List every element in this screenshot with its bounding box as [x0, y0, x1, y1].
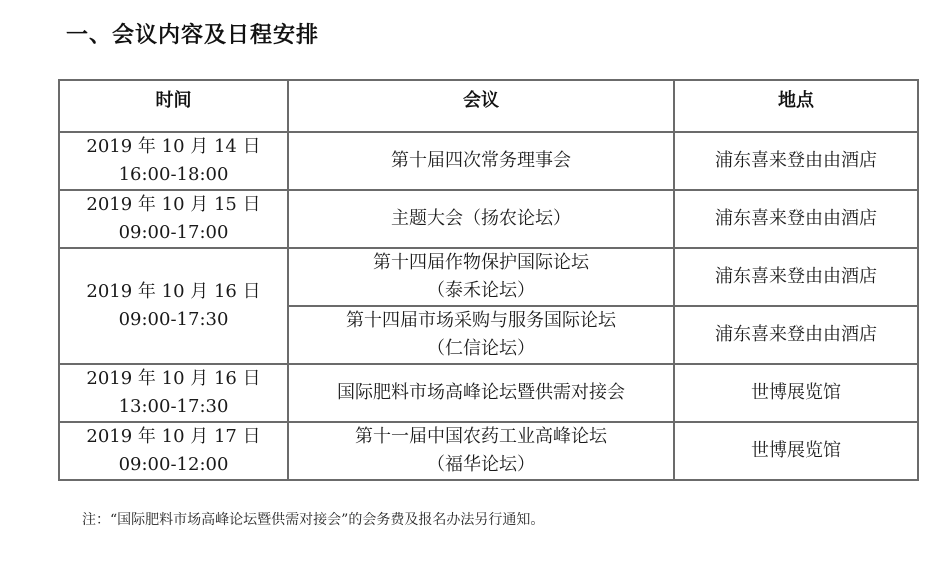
table-row: 2019 年 10 月 14 日 16:00-18:00 第十届四次常务理事会 …	[59, 132, 918, 190]
venue-cell: 浦东喜来登由由酒店	[674, 248, 918, 306]
venue-cell: 世博展览馆	[674, 422, 918, 480]
meeting-cell: 国际肥料市场高峰论坛暨供需对接会	[288, 364, 674, 422]
header-venue: 地点	[674, 80, 918, 132]
table-row: 2019 年 10 月 15 日 09:00-17:00 主题大会（扬农论坛） …	[59, 190, 918, 248]
time-cell: 2019 年 10 月 17 日 09:00-12:00	[59, 422, 288, 480]
table-row: 2019 年 10 月 17 日 09:00-12:00 第十一届中国农药工业高…	[59, 422, 918, 480]
venue-cell: 浦东喜来登由由酒店	[674, 190, 918, 248]
section-heading: 一、会议内容及日程安排	[66, 18, 319, 49]
time-cell: 2019 年 10 月 14 日 16:00-18:00	[59, 132, 288, 190]
meeting-cell: 主题大会（扬农论坛）	[288, 190, 674, 248]
meeting-cell: 第十四届作物保护国际论坛 （泰禾论坛）	[288, 248, 674, 306]
venue-cell: 世博展览馆	[674, 364, 918, 422]
time-cell: 2019 年 10 月 16 日 09:00-17:30	[59, 248, 288, 364]
footnote: 注：“国际肥料市场高峰论坛暨供需对接会”的会务费及报名办法另行通知。	[82, 509, 544, 529]
header-meeting: 会议	[288, 80, 674, 132]
time-cell: 2019 年 10 月 15 日 09:00-17:00	[59, 190, 288, 248]
header-time: 时间	[59, 80, 288, 132]
venue-cell: 浦东喜来登由由酒店	[674, 306, 918, 364]
time-cell: 2019 年 10 月 16 日 13:00-17:30	[59, 364, 288, 422]
schedule-table: 时间 会议 地点 2019 年 10 月 14 日 16:00-18:00 第十…	[58, 79, 919, 481]
meeting-cell: 第十四届市场采购与服务国际论坛 （仁信论坛）	[288, 306, 674, 364]
venue-cell: 浦东喜来登由由酒店	[674, 132, 918, 190]
table-row: 2019 年 10 月 16 日 13:00-17:30 国际肥料市场高峰论坛暨…	[59, 364, 918, 422]
meeting-cell: 第十届四次常务理事会	[288, 132, 674, 190]
table-row: 2019 年 10 月 16 日 09:00-17:30 第十四届作物保护国际论…	[59, 248, 918, 306]
meeting-cell: 第十一届中国农药工业高峰论坛 （福华论坛）	[288, 422, 674, 480]
table-header-row: 时间 会议 地点	[59, 80, 918, 132]
